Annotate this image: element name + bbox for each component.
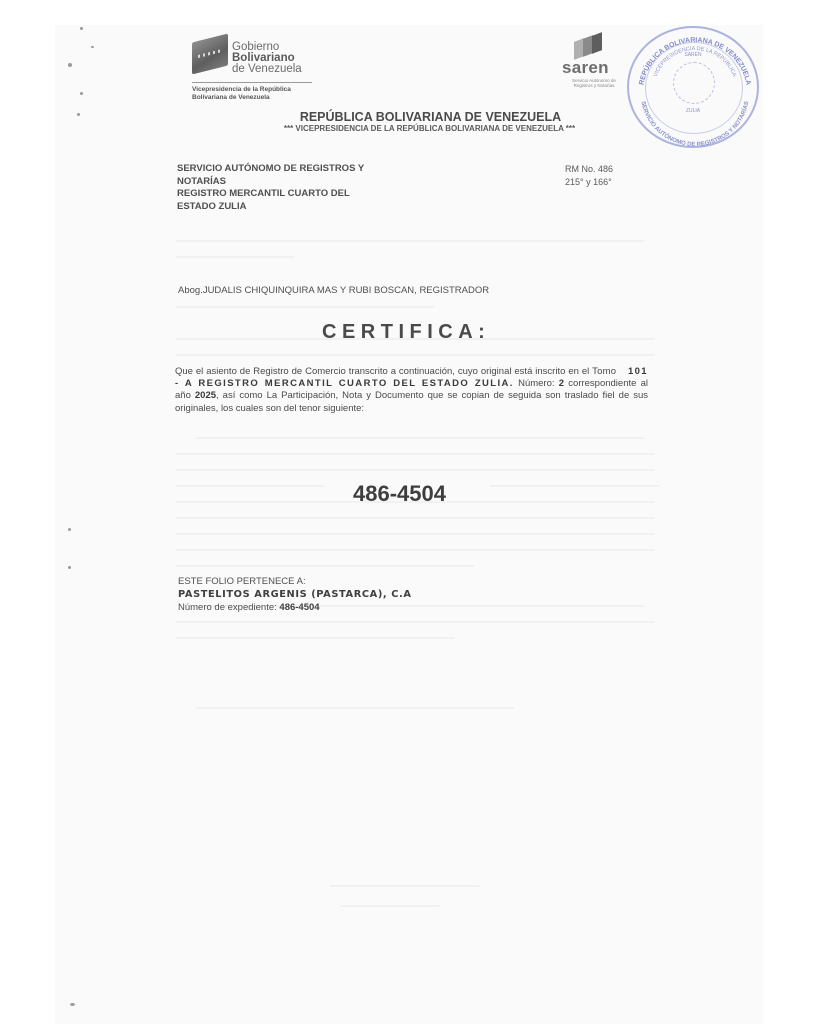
numero-label: Número:	[518, 378, 554, 389]
caption-line2: Bolivariana de Venezuela	[192, 94, 291, 102]
scan-speck	[80, 27, 83, 30]
gobierno-line3: de Venezuela	[232, 64, 302, 75]
saren-logo: saren Servicio Autónomo de Registros y N…	[560, 32, 624, 92]
bleed-through-line	[175, 549, 655, 551]
scan-speck	[68, 63, 72, 67]
saren-folders-icon	[574, 34, 610, 58]
certifica-heading: CERTIFICA:	[322, 321, 490, 344]
bleed-through-line	[175, 565, 475, 567]
organization-block: SERVICIO AUTÓNOMO DE REGISTROS Y NOTARÍA…	[177, 163, 364, 213]
certification-body: Que el asiento de Registro de Comercio t…	[175, 366, 648, 415]
saren-caption: Servicio Autónomo de Registros y Notaría…	[564, 78, 624, 88]
scan-speck	[68, 528, 71, 531]
numero-value: 2	[559, 378, 564, 389]
registry-coordinates: 215° y 166°	[565, 176, 613, 189]
document-title: REPÚBLICA BOLIVARIANA DE VENEZUELA	[0, 110, 819, 124]
bleed-through-line	[175, 306, 435, 308]
bleed-through-line	[175, 517, 655, 519]
scan-speck	[80, 92, 83, 95]
document-subtitle: *** VICEPRESIDENCIA DE LA REPÚBLICA BOLI…	[0, 124, 819, 133]
gobierno-bolivariano-logo: Gobierno Bolivariano de Venezuela Vicepr…	[192, 32, 342, 102]
caption-line1: Vicepresidencia de la República	[192, 86, 291, 94]
rm-number: RM No. 486	[565, 163, 613, 176]
org-line: SERVICIO AUTÓNOMO DE REGISTROS Y	[177, 163, 364, 176]
coat-of-arms-icon	[673, 62, 715, 104]
body-line3-post: , así como La Participación, Nota y Docu…	[216, 390, 504, 401]
bleed-through-line	[175, 533, 655, 535]
seal-center-top: SAREN	[663, 52, 723, 58]
vicepresidencia-caption: Vicepresidencia de la República Bolivari…	[192, 86, 291, 102]
registry-reference: RM No. 486 215° y 166°	[565, 163, 613, 188]
expediente-label: Número de expediente:	[178, 602, 277, 613]
bleed-through-line	[175, 637, 455, 639]
file-number: 486-4504	[353, 481, 446, 507]
expediente-line: Número de expediente: 486-4504	[178, 601, 412, 614]
scan-speck	[68, 566, 71, 569]
bleed-through-line	[175, 485, 325, 487]
bleed-through-line	[175, 354, 655, 356]
bleed-through-line	[195, 707, 515, 709]
folio-block: ESTE FOLIO PERTENECE A: PASTELITOS ARGEN…	[178, 575, 412, 614]
bleed-through-line	[175, 453, 655, 455]
expediente-value: 486-4504	[279, 602, 319, 613]
bleed-through-line	[195, 437, 645, 439]
tomo-label: Tomo	[592, 366, 616, 377]
bleed-through-line	[340, 905, 440, 907]
logo-divider	[192, 82, 312, 83]
bleed-through-line	[175, 256, 295, 258]
bleed-through-line	[330, 885, 480, 887]
bleed-through-line	[175, 469, 655, 471]
gobierno-logo-text: Gobierno Bolivariano de Venezuela	[232, 42, 302, 75]
bleed-through-line	[490, 485, 660, 487]
bleed-through-line	[175, 240, 645, 242]
org-line: ESTADO ZULIA	[177, 201, 364, 214]
venezuela-flag-icon	[192, 34, 228, 75]
year-value: 2025	[195, 390, 216, 401]
scan-speck	[91, 46, 94, 48]
saren-wordmark: saren	[562, 58, 609, 78]
subtitle-text: *** VICEPRESIDENCIA DE LA REPÚBLICA BOLI…	[284, 124, 575, 133]
company-name: PASTELITOS ARGENIS (PASTARCA), C.A	[178, 588, 412, 601]
registrar-name: Abog.JUDALIS CHIQUINQUIRA MAS Y RUBI BOS…	[178, 285, 489, 296]
body-line1: Que el asiento de Registro de Comercio t…	[175, 366, 589, 377]
org-line: REGISTRO MERCANTIL CUARTO DEL	[177, 188, 364, 201]
folio-label: ESTE FOLIO PERTENECE A:	[178, 575, 412, 588]
document-page	[55, 25, 763, 1024]
title-text: REPÚBLICA BOLIVARIANA DE VENEZUELA	[300, 110, 561, 124]
scan-speck	[70, 1003, 75, 1006]
bleed-through-line	[175, 621, 655, 623]
org-line: NOTARÍAS	[177, 176, 364, 189]
